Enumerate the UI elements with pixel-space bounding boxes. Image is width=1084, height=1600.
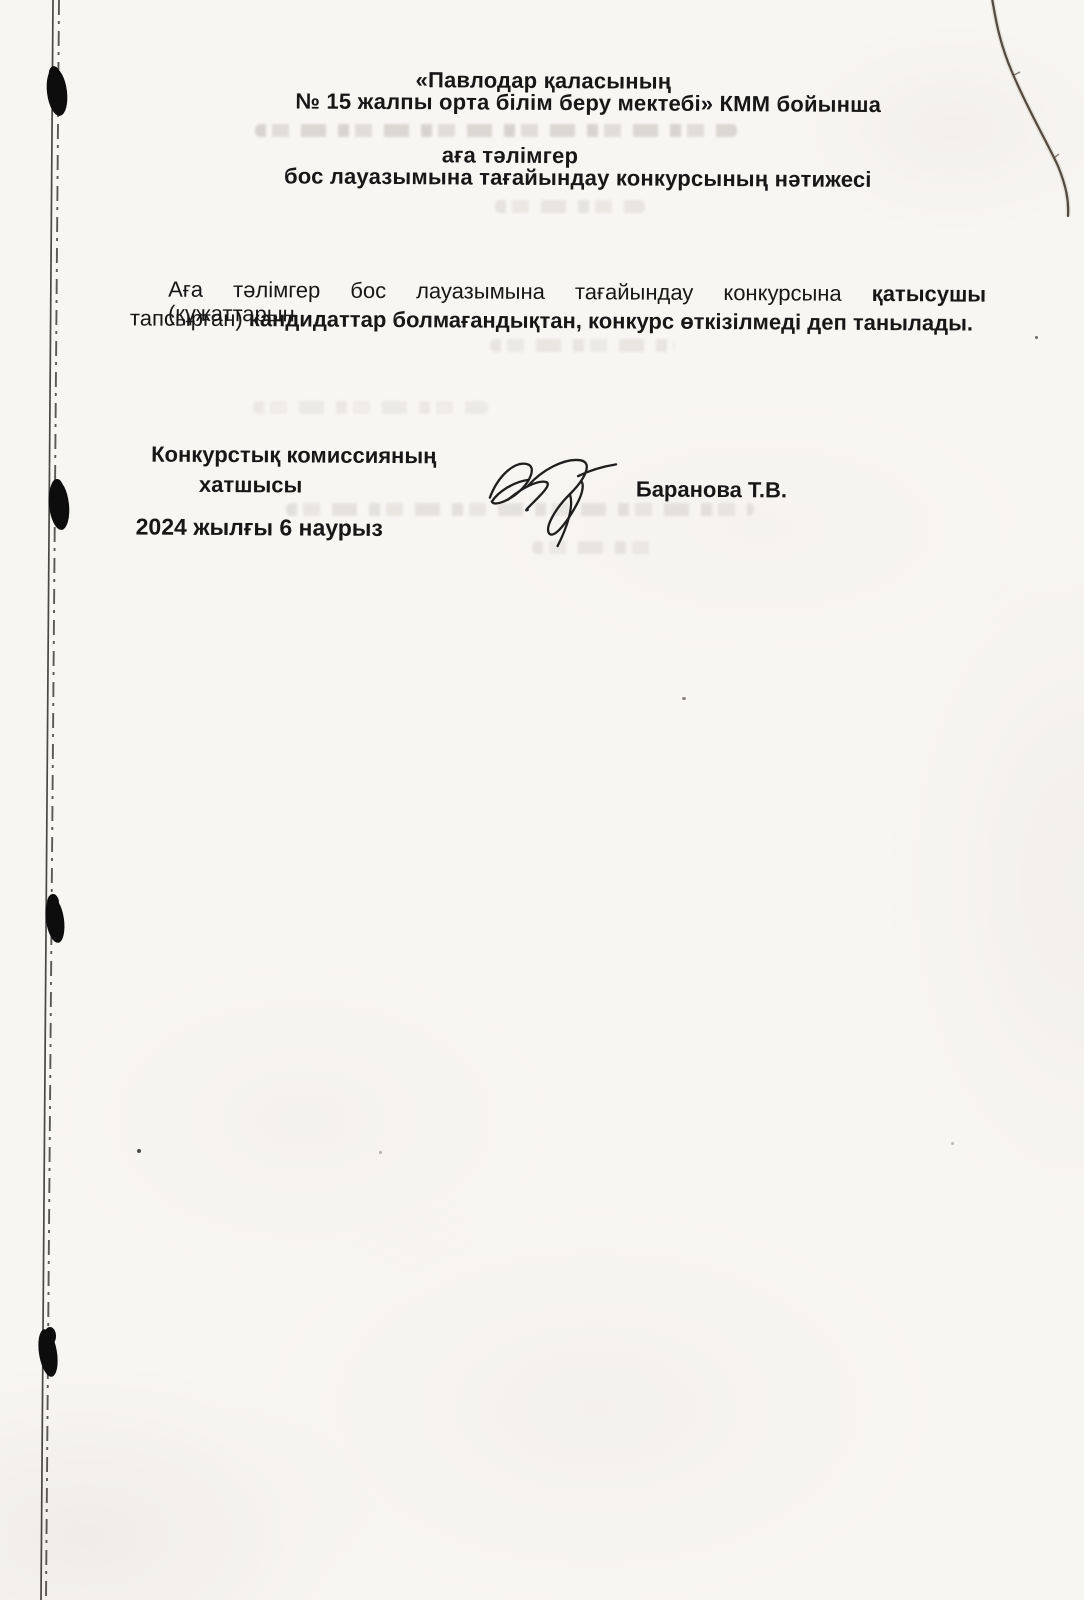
- document-content: «Павлодар қаласының № 15 жалпы орта білі…: [0, 0, 1084, 1600]
- body-text-regular: тапсырған): [130, 305, 243, 331]
- body-text-bold: қатысушы: [872, 281, 987, 307]
- header-org-line2: № 15 жалпы орта білім беру мектебі» КММ …: [295, 90, 881, 116]
- document-date: 2024 жылғы 6 наурыз: [136, 515, 383, 539]
- body-paragraph-line2: тапсырған) кандидаттар болмағандықтан, к…: [130, 306, 990, 335]
- body-text-bold: кандидаттар болмағандықтан, конкурс өткі…: [249, 306, 973, 335]
- handwritten-signature: [484, 450, 621, 551]
- signatory-name: Баранова Т.В.: [636, 479, 787, 502]
- header-subject-line: бос лауазымына тағайындау конкурсының нә…: [284, 165, 872, 191]
- signatory-role-line2: хатшысы: [199, 474, 303, 497]
- scanned-document-page: «Павлодар қаласының № 15 жалпы орта білі…: [0, 0, 1084, 1600]
- signatory-role-line1: Конкурстық комиссияның: [151, 444, 436, 468]
